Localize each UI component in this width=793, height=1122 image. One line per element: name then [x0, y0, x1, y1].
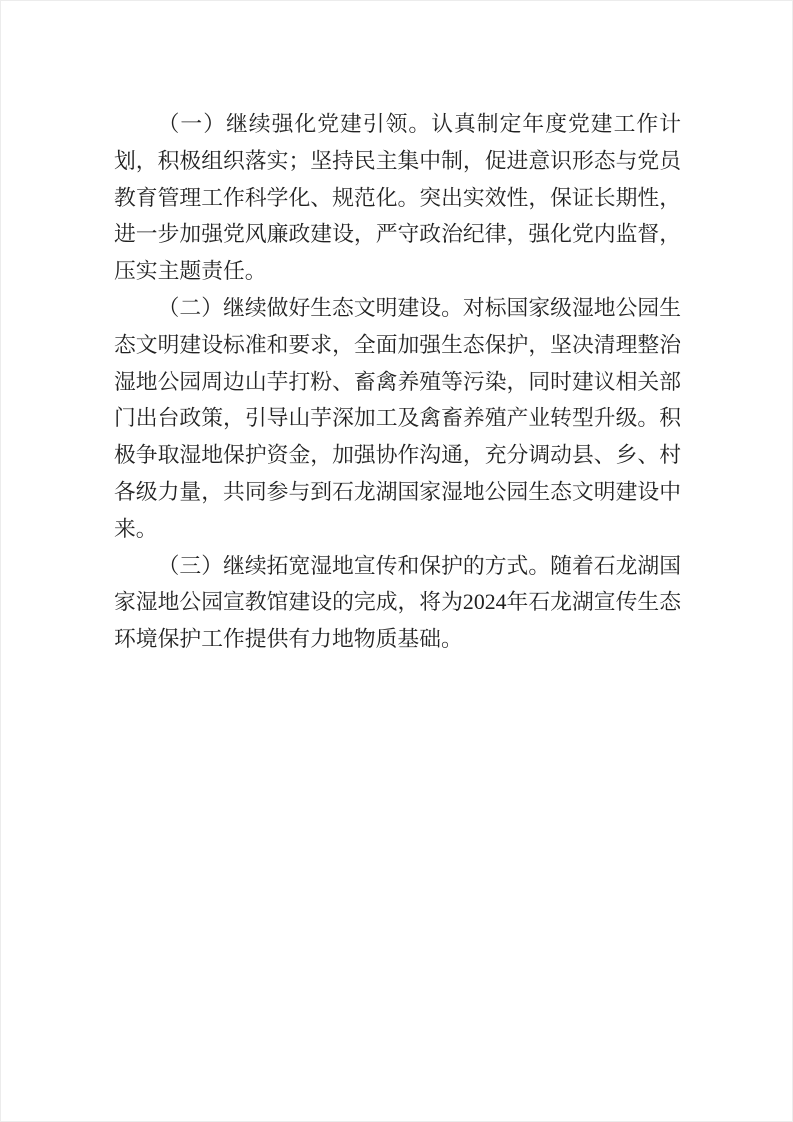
text-line: 教育管理工作科学化、规范化。突出实效性，保证长期性， [114, 180, 681, 217]
document-page: （一）继续强化党建引领。认真制定年度党建工作计 划，积极组织落实；坚持民主集中制… [0, 0, 793, 1122]
paragraph-1: （一）继续强化党建引领。认真制定年度党建工作计 划，积极组织落实；坚持民主集中制… [114, 106, 681, 290]
text-line: 湿地公园周边山芋打粉、畜禽养殖等污染，同时建议相关部 [114, 364, 681, 401]
text-line: 门出台政策，引导山芋深加工及禽畜养殖产业转型升级。积 [114, 400, 681, 437]
text-line: （二）继续做好生态文明建设。对标国家级湿地公园生 [114, 290, 681, 327]
text-line: 各级力量，共同参与到石龙湖国家湿地公园生态文明建设中 [114, 474, 681, 511]
text-line: 环境保护工作提供有力地物质基础。 [114, 621, 681, 658]
text-line: （三）继续拓宽湿地宣传和保护的方式。随着石龙湖国 [114, 548, 681, 585]
text-line: 家湿地公园宣教馆建设的完成，将为2024年石龙湖宣传生态 [114, 584, 681, 621]
text-line: （一）继续强化党建引领。认真制定年度党建工作计 [114, 106, 681, 143]
text-line: 压实主题责任。 [114, 253, 681, 290]
text-line: 划，积极组织落实；坚持民主集中制，促进意识形态与党员 [114, 143, 681, 180]
text-line: 极争取湿地保护资金，加强协作沟通，充分调动县、乡、村 [114, 437, 681, 474]
paragraph-3: （三）继续拓宽湿地宣传和保护的方式。随着石龙湖国 家湿地公园宣教馆建设的完成，将… [114, 548, 681, 658]
text-line: 来。 [114, 511, 681, 548]
document-text-block: （一）继续强化党建引领。认真制定年度党建工作计 划，积极组织落实；坚持民主集中制… [114, 106, 681, 658]
paragraph-2: （二）继续做好生态文明建设。对标国家级湿地公园生 态文明建设标准和要求，全面加强… [114, 290, 681, 548]
text-line: 态文明建设标准和要求，全面加强生态保护，坚决清理整治 [114, 327, 681, 364]
text-line: 进一步加强党风廉政建设，严守政治纪律，强化党内监督， [114, 216, 681, 253]
